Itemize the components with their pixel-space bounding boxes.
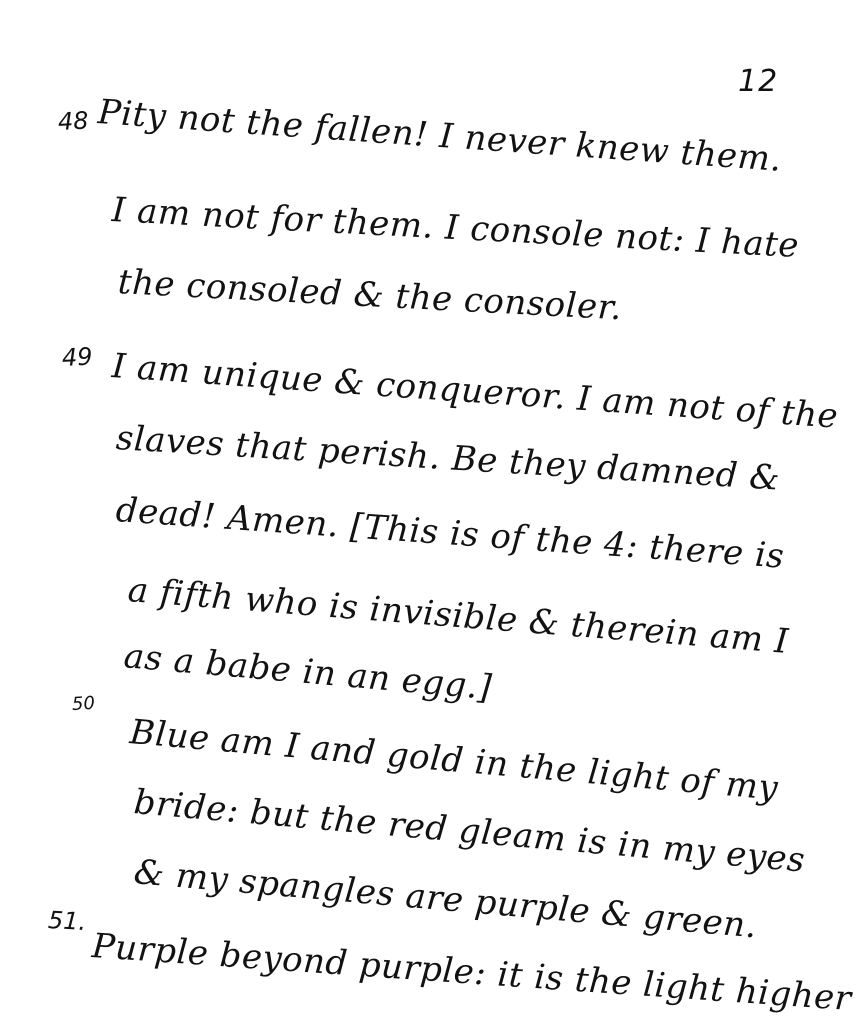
verse-49-line-1: I am unique & conqueror. I am not of the [111, 346, 840, 437]
verse-number-49: 49 [61, 342, 93, 372]
verse-48-line-2: I am not for them. I console not: I hate [111, 190, 800, 266]
verse-49-line-2: slaves that perish. Be they damned & [115, 418, 781, 499]
manuscript-page: 12 48 Pity not the fallen! I never knew … [0, 0, 857, 1024]
verse-49-line-5: as a babe in an egg.] [122, 636, 493, 708]
verse-number-48: 48 [57, 106, 89, 136]
page-number: 12 [738, 64, 778, 99]
verse-number-51: 51. [47, 906, 87, 936]
verse-48-line-3: the consoled & the consoler. [117, 262, 623, 328]
verse-49-line-3: dead! Amen. [This is of the 4: there is [115, 490, 786, 577]
verse-48-line-1: Pity not the fallen! I never knew them. [97, 92, 783, 180]
verse-number-50: 50 [71, 693, 95, 715]
